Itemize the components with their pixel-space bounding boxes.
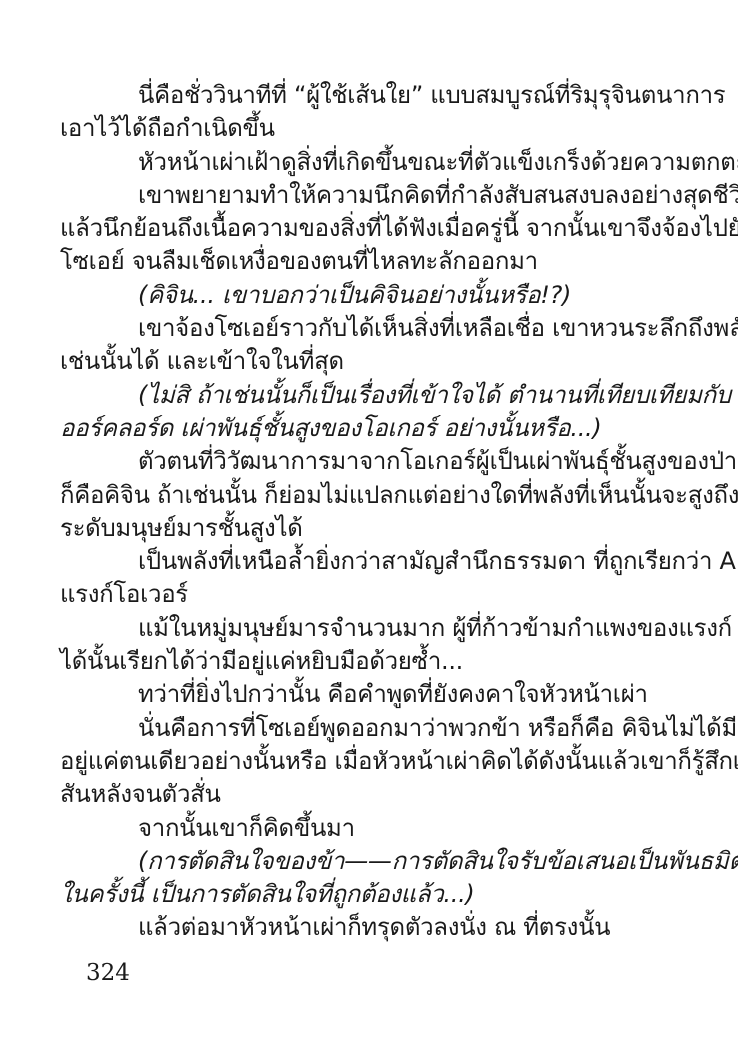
text-line: นี่คือชั่ววินาทีที่ “ผู้ใช้เส้นใย” แบบสม…	[60, 79, 678, 112]
text-line: ได้นั้นเรียกได้ว่ามีอยู่แค่หยิบมือด้วยซ้…	[60, 645, 678, 678]
text-line: สันหลังจนตัวสั่น	[60, 778, 678, 811]
text-line: ออร์คลอร์ด เผ่าพันธุ์ชั้นสูงของโอเกอร์ อ…	[60, 412, 678, 445]
text-line: ระดับมนุษย์มารชั้นสูงได้	[60, 512, 678, 545]
text-line: เขาพยายามทำให้ความนึกคิดที่กำลังสับสนสงบ…	[60, 179, 678, 212]
book-page: นี่คือชั่ววินาทีที่ “ผู้ใช้เส้นใย” แบบสม…	[0, 0, 738, 1051]
text-line: เอาไว้ได้ถือกำเนิดขึ้น	[60, 112, 678, 145]
text-line: อยู่แค่ตนเดียวอย่างนั้นหรือ เมื่อหัวหน้า…	[60, 745, 678, 778]
page-number: 324	[86, 959, 130, 987]
text-line: (การตัดสินใจของข้า——การตัดสินใจรับข้อเสน…	[60, 845, 678, 878]
text-line: หัวหน้าเผ่าเฝ้าดูสิ่งที่เกิดขึ้นขณะที่ตั…	[60, 146, 678, 179]
text-line: นั่นคือการที่โซเอย์พูดออกมาว่าพวกข้า หรื…	[60, 712, 678, 745]
text-line: เขาจ้องโซเอย์ราวกับได้เห็นสิ่งที่เหลือเช…	[60, 312, 678, 345]
text-line: จากนั้นเขาก็คิดขึ้นมา	[60, 812, 678, 845]
text-line: ในครั้งนี้ เป็นการตัดสินใจที่ถูกต้องแล้ว…	[60, 878, 678, 911]
text-line: (ไม่สิ ถ้าเช่นนั้นก็เป็นเรื่องที่เข้าใจไ…	[60, 379, 678, 412]
text-line: เป็นพลังที่เหนือล้ำยิ่งกว่าสามัญสำนึกธรร…	[60, 545, 678, 578]
text-line: ทว่าที่ยิ่งไปกว่านั้น คือคำพูดที่ยังคงคา…	[60, 678, 678, 711]
text-line: เช่นนั้นได้ และเข้าใจในที่สุด	[60, 345, 678, 378]
text-line: โซเอย์ จนลืมเช็ดเหงื่อของตนที่ไหลทะลักออ…	[60, 245, 678, 278]
body-text: นี่คือชั่ววินาทีที่ “ผู้ใช้เส้นใย” แบบสม…	[60, 79, 678, 945]
text-line: แล้วนึกย้อนถึงเนื้อความของสิ่งที่ได้ฟังเ…	[60, 212, 678, 245]
text-line: แรงก์โอเวอร์	[60, 578, 678, 611]
text-line: แม้ในหมู่มนุษย์มารจำนวนมาก ผู้ที่ก้าวข้า…	[60, 612, 678, 645]
text-line: แล้วต่อมาหัวหน้าเผ่าก็ทรุดตัวลงนั่ง ณ ที…	[60, 911, 678, 944]
text-line: ก็คือคิจิน ถ้าเช่นนั้น ก็ย่อมไม่แปลกแต่อ…	[60, 479, 678, 512]
text-line: (คิจิน... เขาบอกว่าเป็นคิจินอย่างนั้นหรื…	[60, 279, 678, 312]
text-line: ตัวตนที่วิวัฒนาการมาจากโอเกอร์ผู้เป็นเผ่…	[60, 445, 678, 478]
